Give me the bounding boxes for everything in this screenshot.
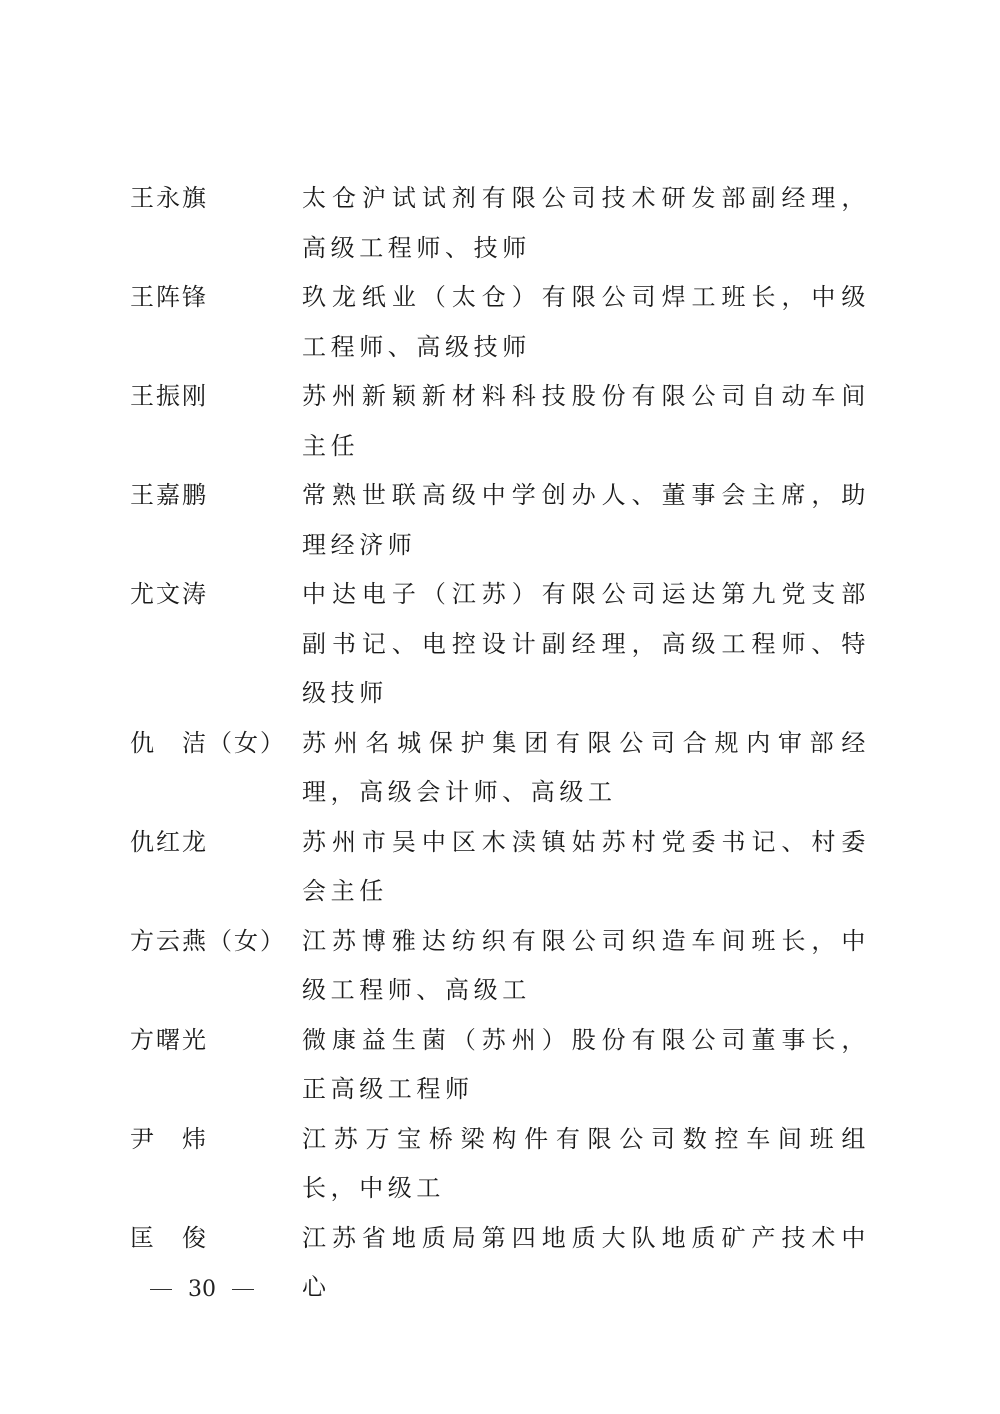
person-title: 微康益生菌（苏州）股份有限公司董事长，正高级工程师 xyxy=(302,1016,870,1115)
list-item: 尹 炜 江苏万宝桥梁构件有限公司数控车间班组长，中级工 xyxy=(130,1115,870,1214)
person-name: 方云燕（女） xyxy=(130,917,302,1016)
person-name: 尹 炜 xyxy=(130,1115,302,1214)
person-name: 王振刚 xyxy=(130,372,302,471)
person-title: 中达电子（江苏）有限公司运达第九党支部副书记、电控设计副经理，高级工程师、特级技… xyxy=(302,570,870,719)
list-item: 仇 洁（女） 苏州名城保护集团有限公司合规内审部经理，高级会计师、高级工 xyxy=(130,719,870,818)
person-name: 王阵锋 xyxy=(130,273,302,372)
person-title: 苏州市吴中区木渎镇姑苏村党委书记、村委会主任 xyxy=(302,818,870,917)
person-title: 苏州新颖新材料科技股份有限公司自动车间主任 xyxy=(302,372,870,471)
list-item: 王振刚 苏州新颖新材料科技股份有限公司自动车间主任 xyxy=(130,372,870,471)
person-name: 方曙光 xyxy=(130,1016,302,1115)
list-item: 方曙光 微康益生菌（苏州）股份有限公司董事长，正高级工程师 xyxy=(130,1016,870,1115)
member-list: 王永旗 太仓沪试试剂有限公司技术研发部副经理，高级工程师、技师 王阵锋 玖龙纸业… xyxy=(130,174,870,1313)
list-item: 王永旗 太仓沪试试剂有限公司技术研发部副经理，高级工程师、技师 xyxy=(130,174,870,273)
document-page: 王永旗 太仓沪试试剂有限公司技术研发部副经理，高级工程师、技师 王阵锋 玖龙纸业… xyxy=(0,0,1000,1414)
page-number: 30 xyxy=(150,1277,254,1302)
dash-right xyxy=(232,1289,254,1290)
list-item: 尤文涛 中达电子（江苏）有限公司运达第九党支部副书记、电控设计副经理，高级工程师… xyxy=(130,570,870,719)
person-title: 江苏省地质局第四地质大队地质矿产技术中心 xyxy=(302,1214,870,1313)
person-name: 仇 洁（女） xyxy=(130,719,302,818)
list-item: 王阵锋 玖龙纸业（太仓）有限公司焊工班长，中级工程师、高级技师 xyxy=(130,273,870,372)
list-item: 仇红龙 苏州市吴中区木渎镇姑苏村党委书记、村委会主任 xyxy=(130,818,870,917)
list-item: 方云燕（女） 江苏博雅达纺织有限公司织造车间班长，中级工程师、高级工 xyxy=(130,917,870,1016)
page-number-value: 30 xyxy=(188,1277,216,1302)
person-title: 苏州名城保护集团有限公司合规内审部经理，高级会计师、高级工 xyxy=(302,719,870,818)
person-title: 江苏博雅达纺织有限公司织造车间班长，中级工程师、高级工 xyxy=(302,917,870,1016)
list-item: 王嘉鹏 常熟世联高级中学创办人、董事会主席，助理经济师 xyxy=(130,471,870,570)
person-name: 王永旗 xyxy=(130,174,302,273)
person-title: 玖龙纸业（太仓）有限公司焊工班长，中级工程师、高级技师 xyxy=(302,273,870,372)
person-title: 常熟世联高级中学创办人、董事会主席，助理经济师 xyxy=(302,471,870,570)
person-name: 王嘉鹏 xyxy=(130,471,302,570)
person-title: 太仓沪试试剂有限公司技术研发部副经理，高级工程师、技师 xyxy=(302,174,870,273)
dash-left xyxy=(150,1289,172,1290)
person-title: 江苏万宝桥梁构件有限公司数控车间班组长，中级工 xyxy=(302,1115,870,1214)
person-name: 尤文涛 xyxy=(130,570,302,719)
person-name: 仇红龙 xyxy=(130,818,302,917)
